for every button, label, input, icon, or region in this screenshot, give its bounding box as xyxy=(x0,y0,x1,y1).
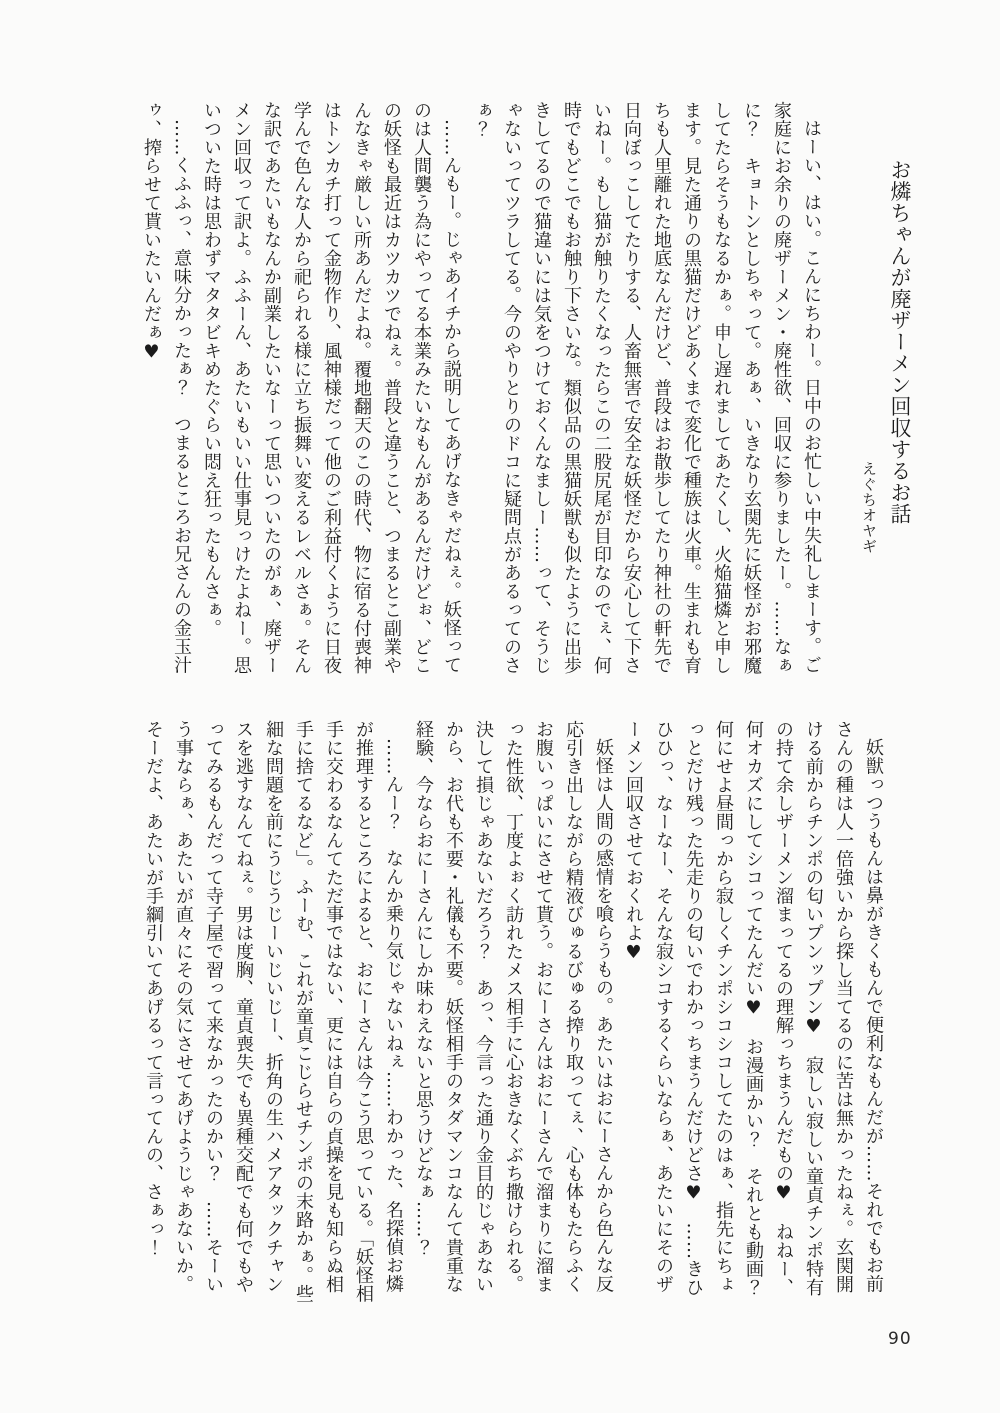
story-paragraph-4: 妖獣っつうもんは鼻がきくもんで便利なもんだが……それでもお前さんの種は人一倍強い… xyxy=(618,720,888,1304)
manga-text-page: { "document": { "title": "お燐ちゃんが廃ザーメン回収す… xyxy=(0,0,1000,1413)
story-title: お燐ちゃんが廃ザーメン回収するお話 xyxy=(884,101,916,677)
story-body-block: 妖獣っつうもんは鼻がきくもんで便利なもんだが……それでもお前さんの種は人一倍強い… xyxy=(108,720,888,1304)
story-header-and-intro-block: お燐ちゃんが廃ザーメン回収するお話 えぐちオヤギ はーい、はい。こんにちわー。日… xyxy=(126,101,916,677)
page-number: 90 xyxy=(888,1329,912,1349)
story-paragraph-6: ……んー？ なんか乗り気じゃないねぇ……わかった、名探偵お燐が推理するところによ… xyxy=(138,720,408,1304)
story-paragraph-2: ……んもー。じゃあイチから説明してあげなきゃだねぇ。妖怪ってのは人間襲う為にやっ… xyxy=(196,101,466,677)
story-paragraph-3: ……くふふっ、意味分かったぁ？ つまるところお兄さんの金玉汁ゥ、搾らせて貰いたい… xyxy=(136,101,196,677)
story-author: えぐちオヤギ xyxy=(854,101,884,677)
story-paragraph-5: 妖怪は人間の感情を喰らうもの。あたいはおにーさんから色んな反応引き出しながら精液… xyxy=(408,720,618,1304)
story-paragraph-1: はーい、はい。こんにちわー。日中のお忙しい中失礼しまーす。ご家庭にお余りの廃ザー… xyxy=(466,101,826,677)
